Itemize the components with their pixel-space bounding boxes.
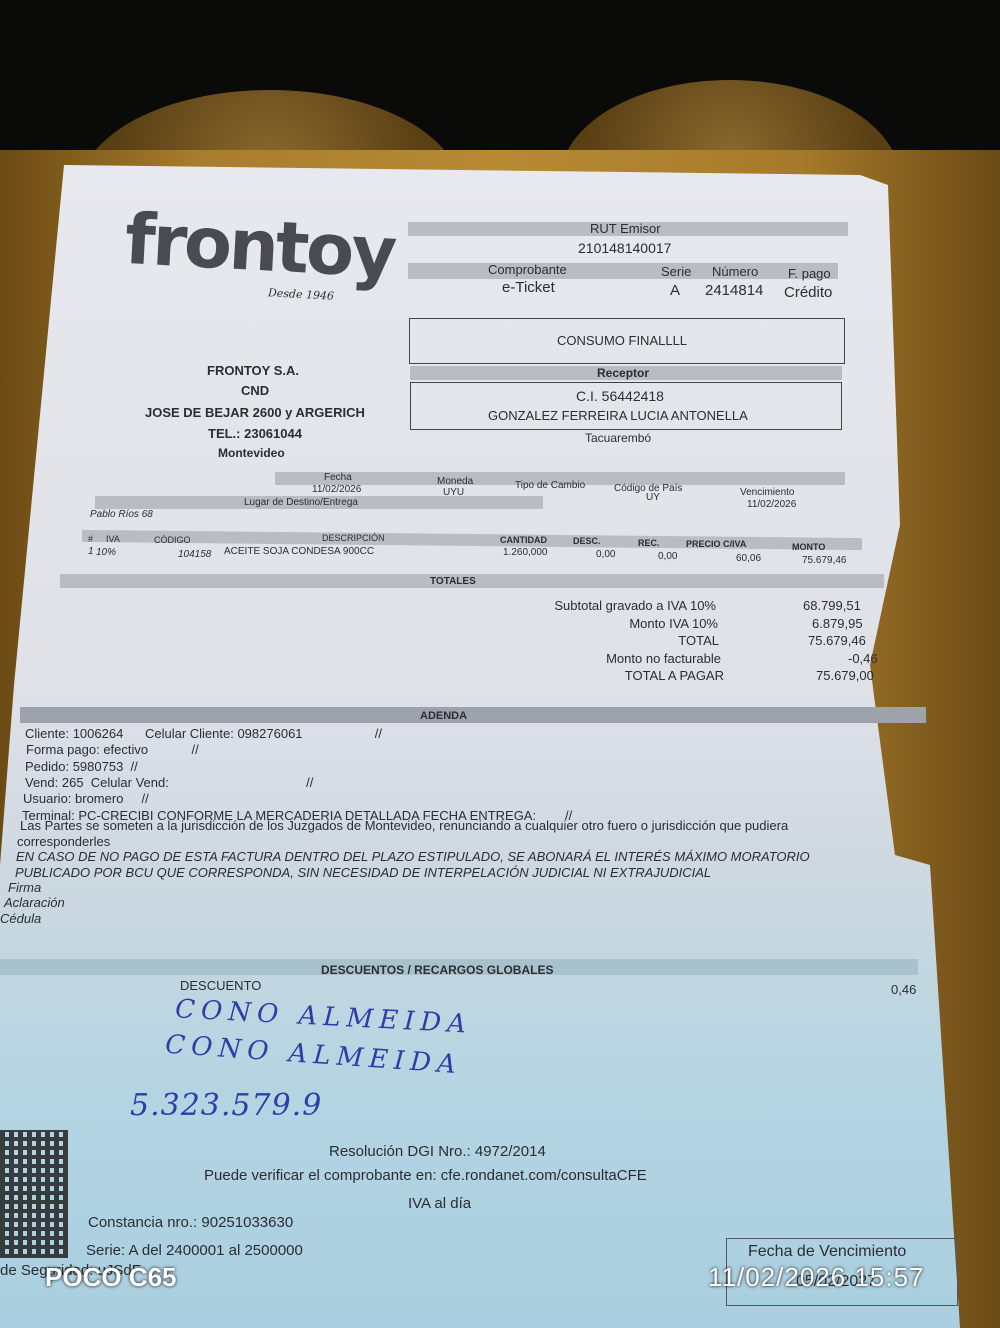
fecha-vencimiento-label: Fecha de Vencimiento — [748, 1243, 906, 1261]
totales-line-label: TOTAL A PAGAR — [625, 668, 724, 683]
adenda-line: Usuario: bromero // — [23, 791, 149, 806]
vencimiento-value: 11/02/2026 — [747, 499, 796, 510]
handwritten-number: 5.323.579.9 — [130, 1088, 322, 1123]
serie-value: A — [670, 282, 680, 299]
totales-line-value: 68.799,51 — [803, 598, 861, 613]
col-codigo: CÓDIGO — [154, 535, 191, 545]
col-precio: PRECIO C/IVA — [686, 539, 746, 549]
resolucion-dgi: Resolución DGI Nro.: 4972/2014 — [329, 1143, 546, 1160]
issuer-name: FRONTOY S.A. — [207, 363, 299, 378]
serie-label: Serie — [661, 264, 691, 279]
adenda-line: Firma — [8, 880, 41, 895]
vencimiento-label: Vencimiento — [740, 487, 794, 498]
item-iva: 10% — [96, 547, 116, 558]
adenda-line: Cliente: 1006264 Celular Cliente: 098276… — [25, 726, 382, 741]
adenda-line: Las Partes se someten a la jurisdicción … — [20, 818, 788, 833]
adenda-line: Cédula — [0, 911, 41, 926]
receptor-name: GONZALEZ FERREIRA LUCIA ANTONELLA — [488, 408, 748, 423]
destino-label: Lugar de Destino/Entrega — [244, 497, 358, 508]
totales-label: TOTALES — [430, 576, 476, 587]
col-monto: MONTO — [792, 542, 825, 552]
item-cantidad: 1.260,000 — [503, 547, 548, 558]
camera-timestamp-watermark: 11/02/2026 15:57 — [708, 1262, 924, 1293]
fecha-value: 11/02/2026 — [312, 484, 361, 495]
descuento-item: DESCUENTO — [180, 978, 261, 993]
fpago-value: Crédito — [784, 284, 832, 301]
item-desc: 0,00 — [596, 549, 615, 560]
col-cantidad: CANTIDAD — [500, 535, 547, 545]
totales-line-value: -0,46 — [848, 651, 878, 666]
descuentos-label: DESCUENTOS / RECARGOS GLOBALES — [321, 963, 553, 977]
serie-rango: Serie: A del 2400001 al 2500000 — [86, 1242, 303, 1259]
item-precio: 60,06 — [736, 553, 761, 564]
col-desc: DESC. — [573, 536, 601, 546]
adenda-line: Aclaración — [4, 895, 65, 910]
col-num: # — [88, 534, 93, 544]
totales-line-value: 75.679,00 — [816, 668, 874, 683]
adenda-line: Forma pago: efectivo // — [26, 742, 199, 757]
item-rec: 0,00 — [658, 551, 677, 562]
col-descripcion: DESCRIPCIÓN — [322, 533, 385, 543]
comprobante-header-bar — [408, 263, 838, 279]
numero-value: 2414814 — [705, 282, 763, 299]
numero-label: Número — [712, 264, 758, 279]
moneda-label: Moneda — [437, 476, 473, 487]
comprobante-label: Comprobante — [488, 262, 567, 277]
adenda-line: EN CASO DE NO PAGO DE ESTA FACTURA DENTR… — [16, 849, 810, 864]
issuer-address: JOSE DE BEJAR 2600 y ARGERICH — [145, 405, 365, 420]
issuer-city: Montevideo — [218, 446, 285, 460]
tipo-cambio-label: Tipo de Cambio — [515, 480, 585, 491]
iva-al-dia: IVA al día — [408, 1195, 471, 1212]
destino-value: Pablo Ríos 68 — [90, 509, 153, 520]
receptor-ci: C.I. 56442418 — [576, 388, 664, 404]
camera-device-watermark: POCO C65 — [45, 1262, 177, 1293]
receptor-city: Tacuarembó — [585, 431, 651, 445]
fpago-label: F. pago — [788, 266, 831, 281]
adenda-line: PUBLICADO POR BCU QUE CORRESPONDA, SIN N… — [15, 865, 711, 880]
item-monto: 75.679,46 — [802, 555, 847, 566]
totales-line-label: Monto IVA 10% — [629, 616, 718, 631]
col-iva: IVA — [106, 534, 120, 544]
fecha-label: Fecha — [324, 472, 352, 483]
descuento-value: 0,46 — [891, 982, 916, 997]
issuer-branch: CND — [241, 383, 269, 398]
item-descripcion: ACEITE SOJA CONDESA 900CC — [224, 546, 374, 557]
constancia: Constancia nro.: 90251033630 — [88, 1214, 293, 1231]
adenda-header-bar — [20, 707, 926, 723]
totales-line-value: 6.879,95 — [812, 616, 863, 631]
rut-label: RUT Emisor — [590, 221, 661, 236]
adenda-line: corresponderles — [17, 834, 110, 849]
codigo-pais-value: UY — [646, 492, 660, 503]
item-num: 1 — [88, 546, 94, 557]
totales-line-label: Subtotal gravado a IVA 10% — [554, 598, 716, 613]
item-codigo: 104158 — [178, 549, 211, 560]
receptor-label: Receptor — [597, 366, 649, 380]
issuer-phone: TEL.: 23061044 — [208, 426, 302, 441]
totales-line-value: 75.679,46 — [808, 633, 866, 648]
adenda-line: Pedido: 5980753 // — [25, 759, 138, 774]
totales-line-label: TOTAL — [678, 633, 719, 648]
totales-line-label: Monto no facturable — [606, 651, 721, 666]
adenda-label: ADENDA — [420, 710, 467, 722]
comprobante-value: e-Ticket — [502, 279, 555, 296]
frontoy-logo: frontoy — [123, 198, 396, 294]
verificar-text: Puede verificar el comprobante en: cfe.r… — [204, 1167, 647, 1184]
qr-code — [0, 1130, 68, 1258]
adenda-line: Vend: 265 Celular Vend: // — [25, 775, 313, 790]
consumo-final-text: CONSUMO FINALLLL — [557, 333, 687, 348]
col-rec: REC. — [638, 538, 660, 548]
rut-value: 210148140017 — [578, 240, 671, 256]
